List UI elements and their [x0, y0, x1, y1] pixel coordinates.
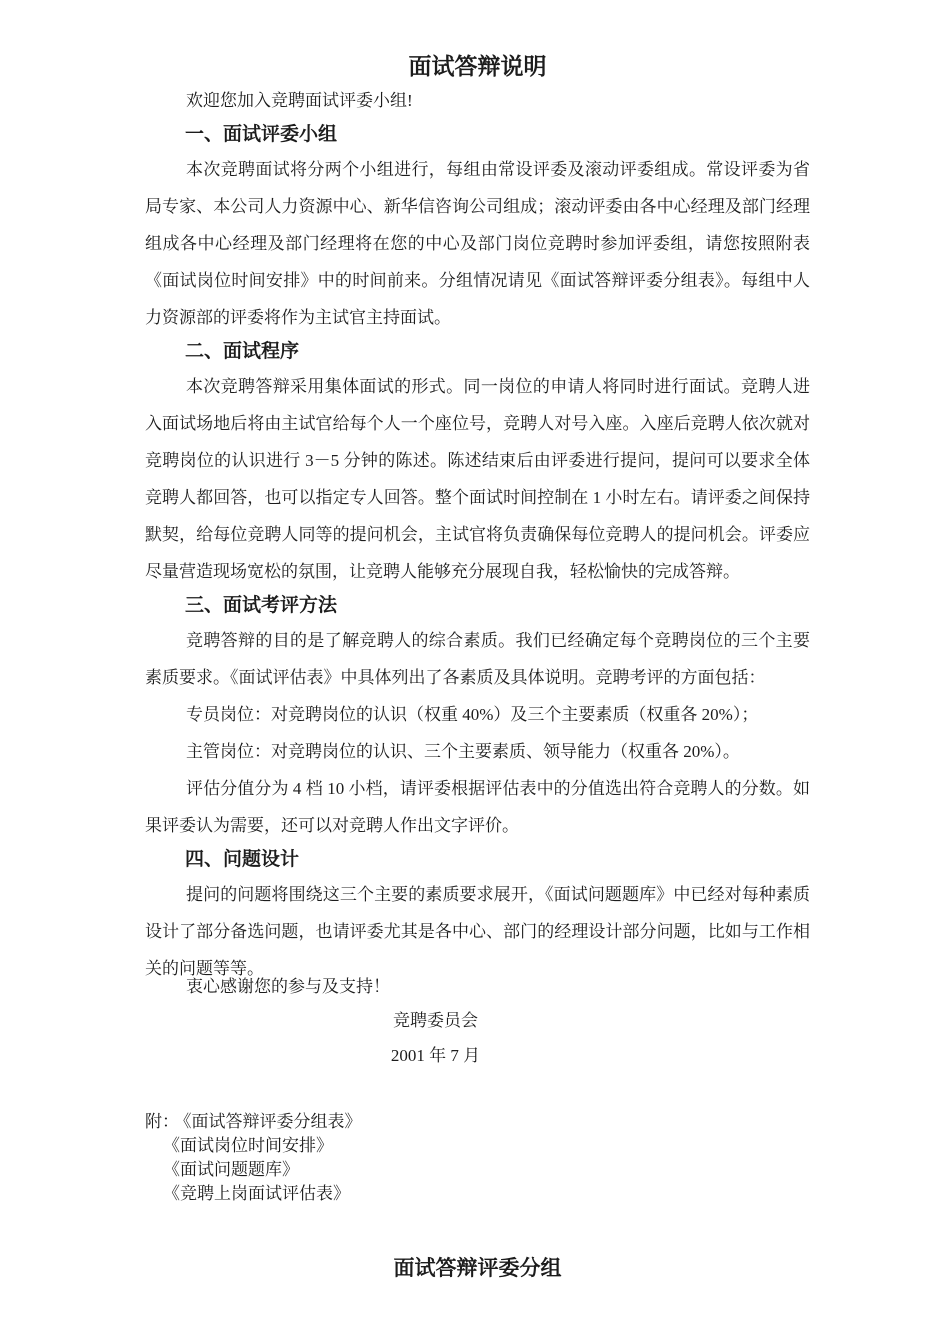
intro-line: 欢迎您加入竞聘面试评委小组!	[145, 82, 810, 119]
attachments-list: 附：《面试答辩评委分组表》 《面试岗位时间安排》 《面试问题题库》 《竞聘上岗面…	[145, 1110, 810, 1206]
paragraph-scoring: 评估分值分为 4 档 10 小档，请评委根据评估表中的分值选出符合竞聘人的分数。…	[145, 770, 810, 844]
paragraph: 竞聘答辩的目的是了解竞聘人的综合素质。我们已经确定每个竞聘岗位的三个主要素质要求…	[145, 622, 810, 696]
section-heading-4: 四、问题设计	[145, 844, 810, 876]
section-heading-3: 三、面试考评方法	[145, 590, 810, 622]
attachment-item-1: 附：《面试答辩评委分组表》	[145, 1110, 810, 1134]
attachment-item-3: 《面试问题题库》	[145, 1158, 810, 1182]
attachments-label: 附：	[145, 1112, 183, 1131]
section-heading-1: 一、面试评委小组	[145, 119, 810, 151]
section-heading-2: 二、面试程序	[145, 336, 810, 368]
paragraph-specialist-post: 专员岗位：对竞聘岗位的认识（权重 40%）及三个主要素质（权重各 20%）；	[145, 696, 810, 733]
attachment-title: 《面试答辩评委分组表》	[183, 1112, 362, 1131]
paragraph: 本次竞聘面试将分两个小组进行，每组由常设评委及滚动评委组成。常设评委为省局专家、…	[145, 151, 810, 336]
next-section-title: 面试答辩评委分组	[145, 1253, 810, 1283]
document-page: 面试答辩说明 欢迎您加入竞聘面试评委小组! 一、面试评委小组 本次竞聘面试将分两…	[0, 0, 950, 1344]
thanks-line: 衷心感谢您的参与及支持！	[145, 968, 810, 1005]
page-title: 面试答辩说明	[145, 52, 810, 82]
attachment-item-2: 《面试岗位时间安排》	[145, 1134, 810, 1158]
paragraph: 本次竞聘答辩采用集体面试的形式。同一岗位的申请人将同时进行面试。竞聘人进入面试场…	[145, 368, 810, 590]
signature-line: 竞聘委员会	[145, 1003, 810, 1038]
date-line: 2001 年 7 月	[145, 1038, 810, 1073]
paragraph-supervisor-post: 主管岗位：对竞聘岗位的认识、三个主要素质、领导能力（权重各 20%）。	[145, 733, 810, 770]
document-content: 面试答辩说明 欢迎您加入竞聘面试评委小组! 一、面试评委小组 本次竞聘面试将分两…	[0, 52, 950, 1283]
attachment-item-4: 《竞聘上岗面试评估表》	[145, 1182, 810, 1206]
